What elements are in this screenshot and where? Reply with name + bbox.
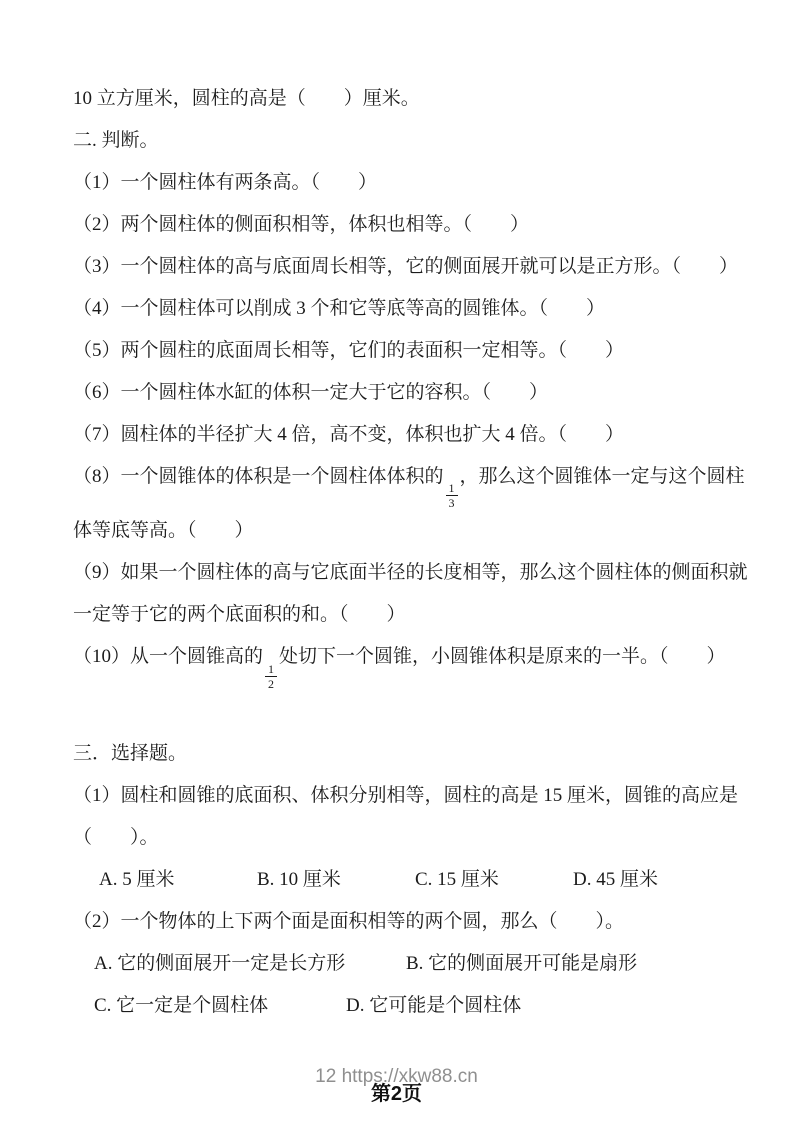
choice-q2-option-d: D. 它可能是个圆柱体: [346, 985, 521, 1027]
judge-item-10-text-post: 处切下一个圆锥，小圆锥体积是原来的一半。（ ）: [279, 646, 726, 667]
fraction-denominator: 3: [449, 496, 455, 510]
judge-item-5: （5）两个圆柱的底面周长相等，它们的表面积一定相等。（ ）: [73, 330, 751, 372]
choice-question-2-options-row-1: A. 它的侧面展开一定是长方形 B. 它的侧面展开可能是扇形: [94, 943, 751, 985]
judge-item-4: （4）一个圆柱体可以削成 3 个和它等底等高的圆锥体。（ ）: [73, 288, 751, 330]
judge-item-10: （10）从一个圆锥高的12处切下一个圆锥，小圆锥体积是原来的一半。（ ）: [73, 636, 751, 690]
choice-question-1: （1）圆柱和圆锥的底面积、体积分别相等，圆柱的高是 15 厘米，圆锥的高应是（ …: [73, 775, 751, 859]
fraction-one-third: 13: [446, 481, 458, 510]
fraction-numerator: 1: [265, 662, 277, 677]
judge-item-6: （6）一个圆柱体水缸的体积一定大于它的容积。（ ）: [73, 372, 751, 414]
choice-q1-option-b: B. 10 厘米: [257, 859, 415, 901]
judge-item-8-text-pre: （8）一个圆锥体的体积是一个圆柱体体积的: [73, 466, 444, 487]
judge-item-10-text-pre: （10）从一个圆锥高的: [73, 646, 263, 667]
fraction-denominator: 2: [268, 677, 274, 691]
choice-q2-option-b: B. 它的侧面展开可能是扇形: [406, 943, 637, 985]
choice-q1-option-c: C. 15 厘米: [415, 859, 573, 901]
judge-item-8: （8）一个圆锥体的体积是一个圆柱体体积的13，那么这个圆锥体一定与这个圆柱体等底…: [73, 456, 751, 552]
choice-question-2: （2）一个物体的上下两个面是面积相等的两个圆，那么（ ）。: [73, 901, 751, 943]
worksheet-page: 10 立方厘米，圆柱的高是（ ）厘米。 二. 判断。 （1）一个圆柱体有两条高。…: [0, 0, 793, 1122]
fill-blank-continuation-line: 10 立方厘米，圆柱的高是（ ）厘米。: [73, 78, 751, 120]
choice-q1-option-a: A. 5 厘米: [99, 859, 257, 901]
section-judge-heading: 二. 判断。: [73, 120, 751, 162]
blank-line-spacer: [73, 691, 751, 733]
choice-question-2-options-row-2: C. 它一定是个圆柱体 D. 它可能是个圆柱体: [94, 985, 751, 1027]
page-number-label: 第2页: [0, 1077, 793, 1106]
judge-item-2: （2）两个圆柱体的侧面积相等，体积也相等。（ ）: [73, 204, 751, 246]
choice-q2-option-c: C. 它一定是个圆柱体: [94, 985, 346, 1027]
section-choice-heading: 三．选择题。: [73, 733, 751, 775]
choice-q1-option-d: D. 45 厘米: [573, 859, 658, 901]
judge-item-7: （7）圆柱体的半径扩大 4 倍，高不变，体积也扩大 4 倍。（ ）: [73, 414, 751, 456]
judge-item-3: （3）一个圆柱体的高与底面周长相等，它的侧面展开就可以是正方形。（ ）: [73, 246, 751, 288]
judge-item-1: （1）一个圆柱体有两条高。（ ）: [73, 162, 751, 204]
choice-question-1-options: A. 5 厘米 B. 10 厘米 C. 15 厘米 D. 45 厘米: [99, 859, 751, 901]
choice-q2-option-a: A. 它的侧面展开一定是长方形: [94, 943, 406, 985]
worksheet-content: 10 立方厘米，圆柱的高是（ ）厘米。 二. 判断。 （1）一个圆柱体有两条高。…: [73, 78, 751, 1027]
fraction-one-half: 12: [265, 662, 277, 691]
judge-item-9: （9）如果一个圆柱体的高与它底面半径的长度相等，那么这个圆柱体的侧面积就一定等于…: [73, 552, 751, 636]
fraction-numerator: 1: [446, 481, 458, 496]
